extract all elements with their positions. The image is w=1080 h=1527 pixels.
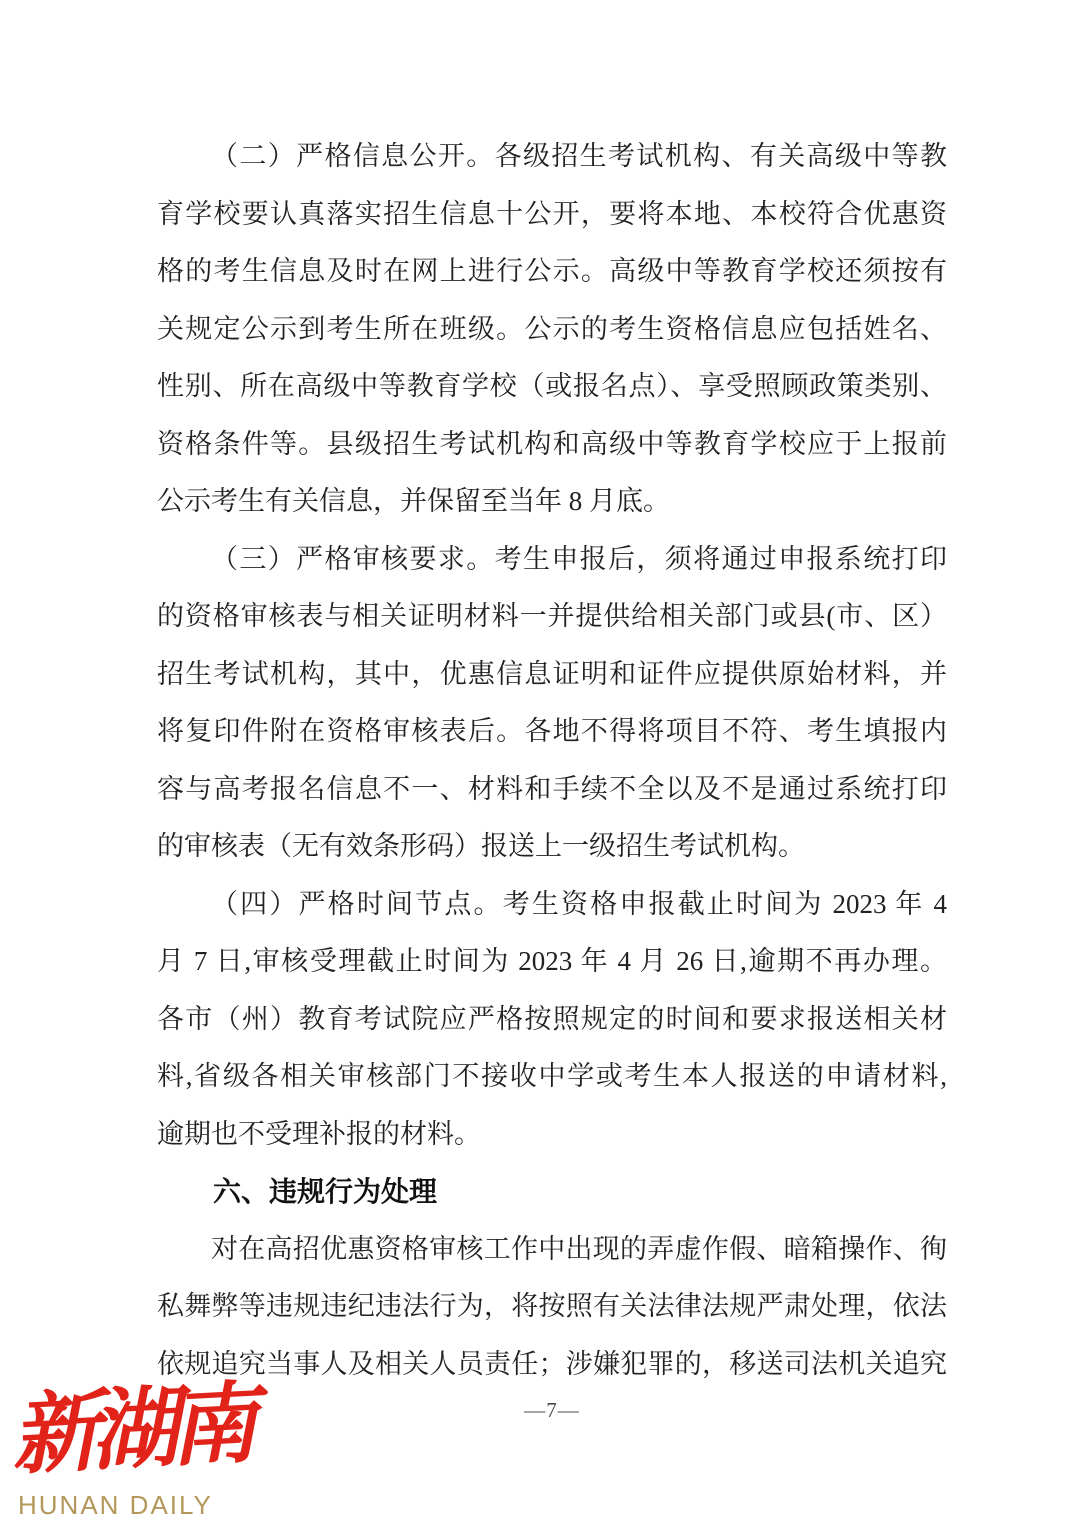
paragraph-line: 招生考试机构，其中，优惠信息证明和证件应提供原始材料，并 <box>157 646 947 704</box>
document-page: （二）严格信息公开。各级招生考试机构、有关高级中等教 育学校要认真落实招生信息十… <box>0 0 1080 1527</box>
logo-chinese-calligraphy: 新湖南 <box>9 1377 293 1484</box>
hunan-daily-logo: 新湖南 HUNAN DAILY <box>14 1392 294 1521</box>
paragraph-line: 性别、所在高级中等教育学校（或报名点）、享受照顾政策类别、 <box>157 358 947 416</box>
paragraph-line: 育学校要认真落实招生信息十公开，要将本地、本校符合优惠资 <box>157 186 947 244</box>
paragraph-line: （三）严格审核要求。考生申报后，须将通过申报系统打印 <box>157 531 947 589</box>
paragraph-line: 容与高考报名信息不一、材料和手续不全以及不是通过系统打印 <box>157 761 947 819</box>
logo-english-wordmark: HUNAN DAILY <box>18 1490 294 1521</box>
section-heading: 六、违规行为处理 <box>157 1163 947 1221</box>
paragraph-line: 格的考生信息及时在网上进行公示。高级中等教育学校还须按有 <box>157 243 947 301</box>
paragraph-line: 资格条件等。县级招生考试机构和高级中等教育学校应于上报前 <box>157 416 947 474</box>
paragraph-line: 各市（州）教育考试院应严格按照规定的时间和要求报送相关材 <box>157 991 947 1049</box>
paragraph-line: （四）严格时间节点。考生资格申报截止时间为 2023 年 4 <box>157 876 947 934</box>
paragraph-line: 料,省级各相关审核部门不接收中学或考生本人报送的申请材料, <box>157 1048 947 1106</box>
paragraph-line: 对在高招优惠资格审核工作中出现的弄虚作假、暗箱操作、徇 <box>157 1221 947 1279</box>
paragraph-line: 的审核表（无有效条形码）报送上一级招生考试机构。 <box>157 818 947 876</box>
paragraph-line: 将复印件附在资格审核表后。各地不得将项目不符、考生填报内 <box>157 703 947 761</box>
paragraph-line: 公示考生有关信息，并保留至当年 8 月底。 <box>157 473 947 531</box>
paragraph-line: 月 7 日,审核受理截止时间为 2023 年 4 月 26 日,逾期不再办理。 <box>157 933 947 991</box>
document-body: （二）严格信息公开。各级招生考试机构、有关高级中等教 育学校要认真落实招生信息十… <box>157 128 947 1393</box>
paragraph-line: （二）严格信息公开。各级招生考试机构、有关高级中等教 <box>157 128 947 186</box>
paragraph-line: 逾期也不受理补报的材料。 <box>157 1106 947 1164</box>
paragraph-line: 的资格审核表与相关证明材料一并提供给相关部门或县(市、区） <box>157 588 947 646</box>
paragraph-line: 关规定公示到考生所在班级。公示的考生资格信息应包括姓名、 <box>157 301 947 359</box>
paragraph-line: 私舞弊等违规违纪违法行为，将按照有关法律法规严肃处理，依法 <box>157 1278 947 1336</box>
